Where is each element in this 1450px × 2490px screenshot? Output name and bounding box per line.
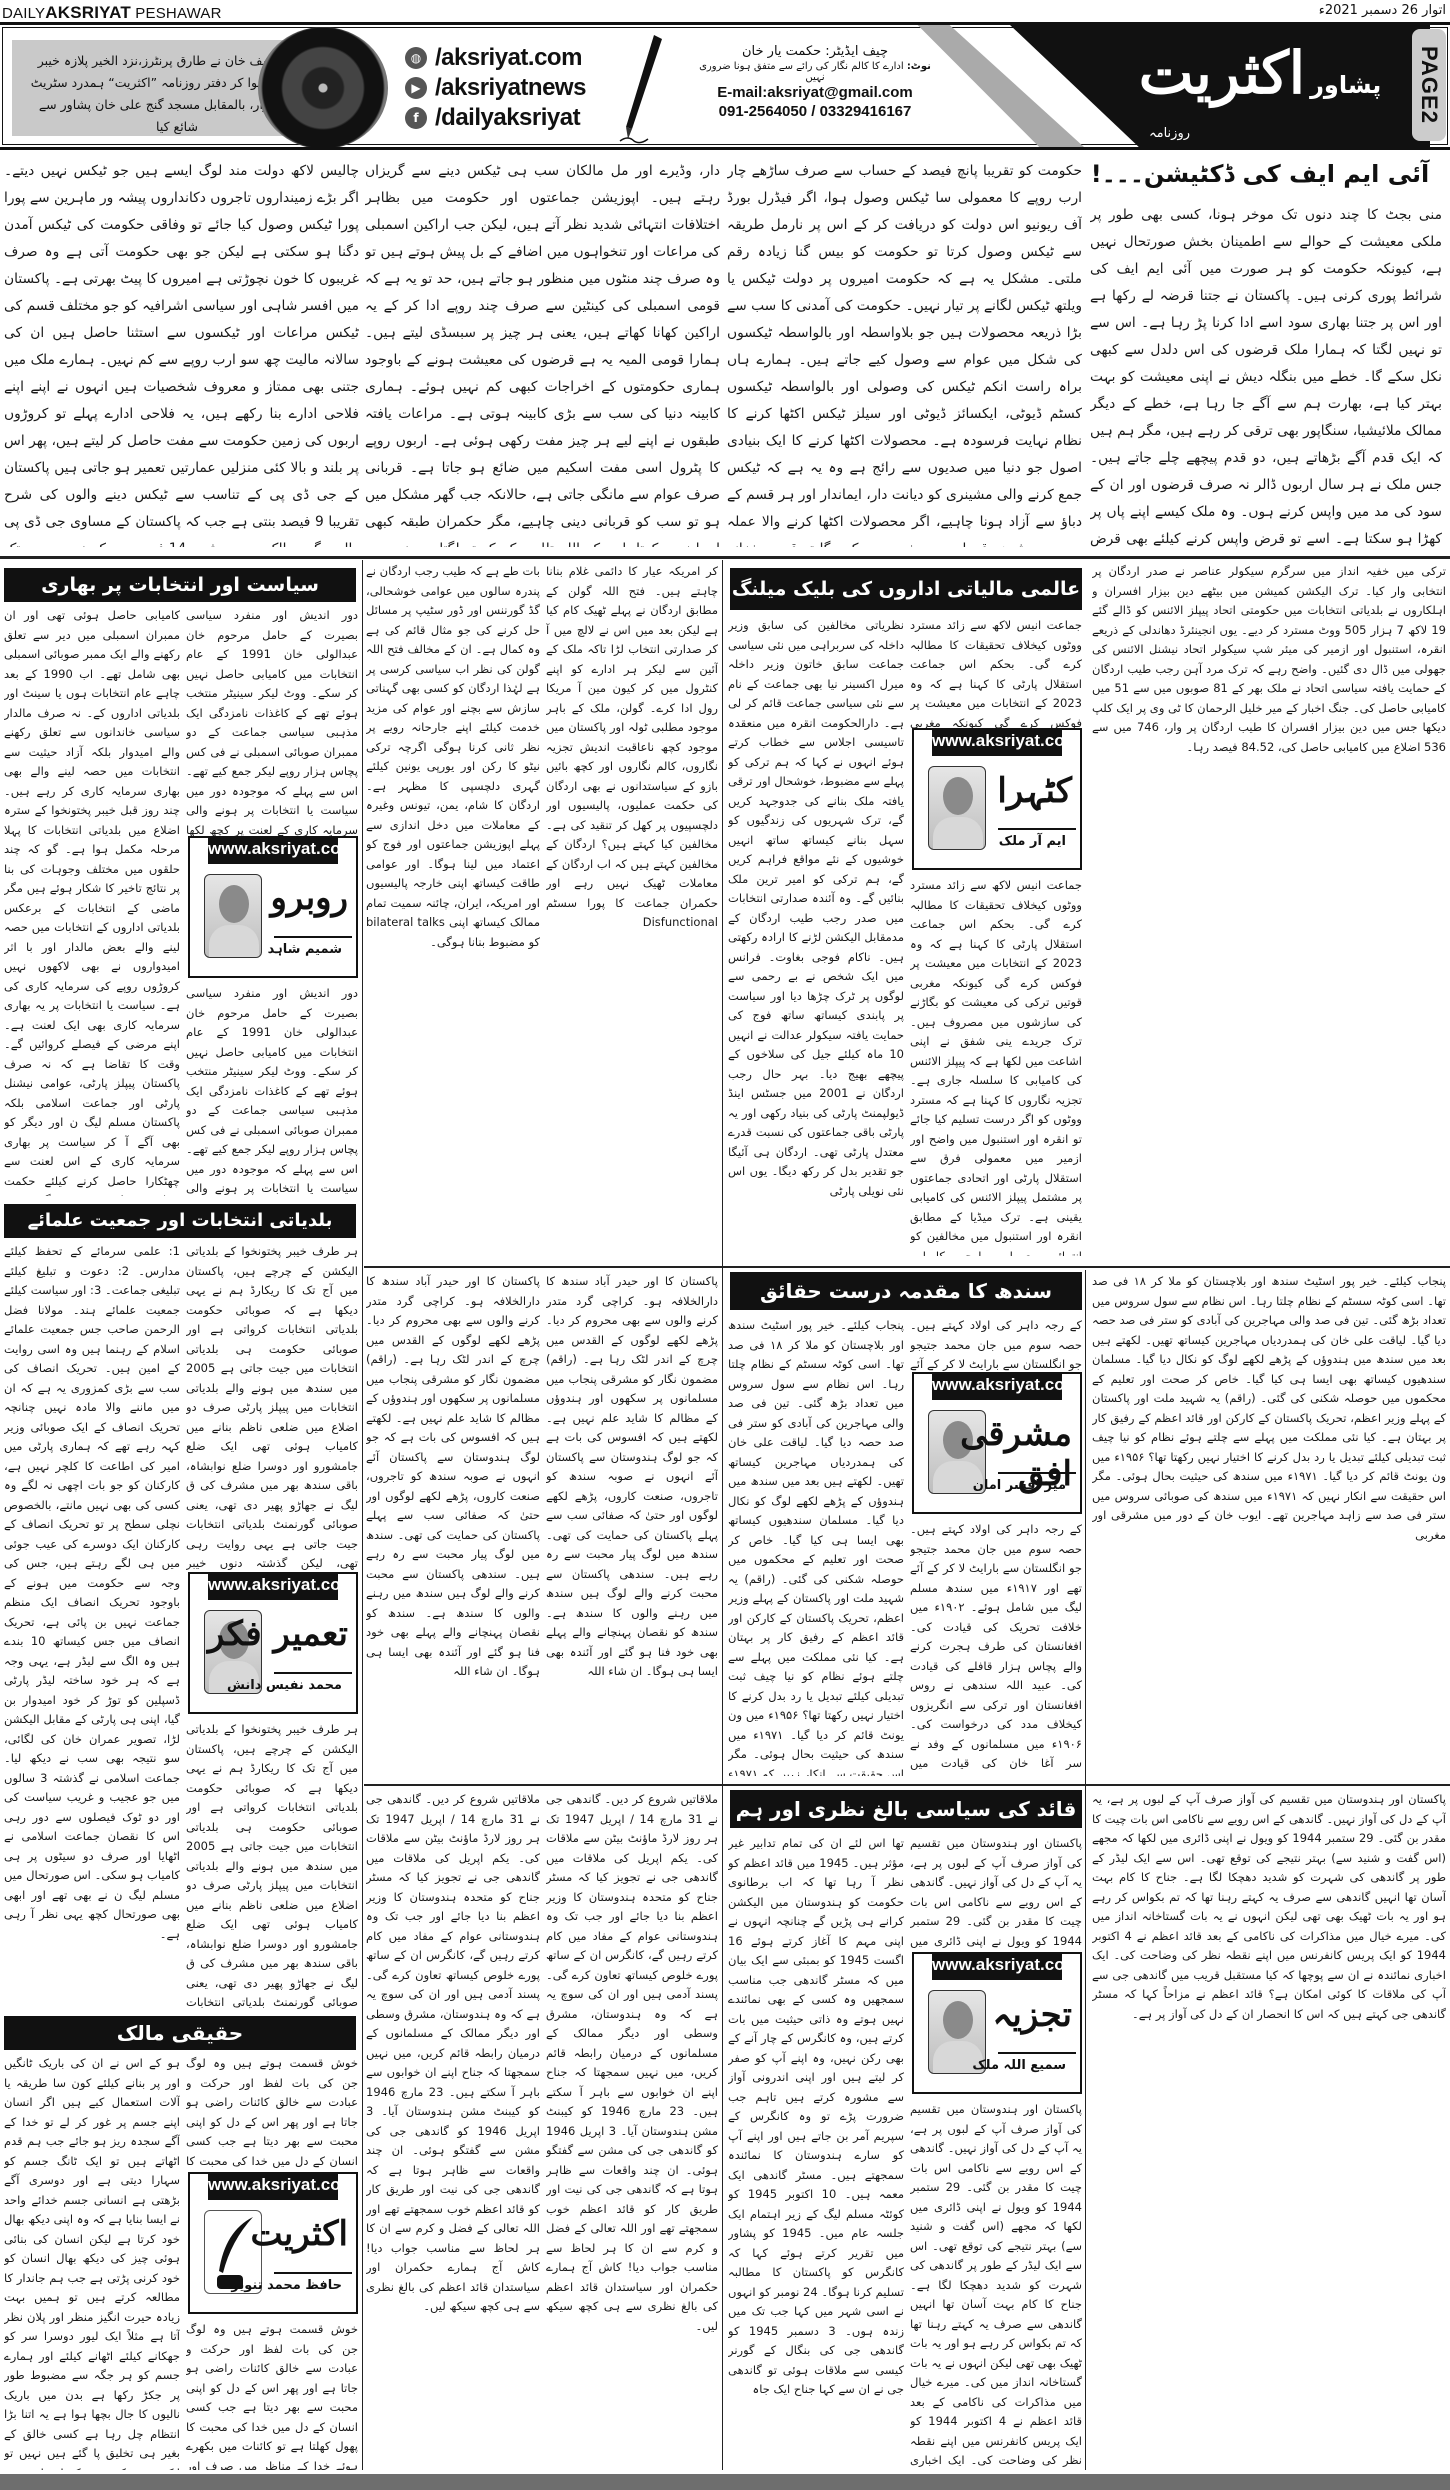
youtube-icon: ▶ <box>405 77 427 99</box>
sindh-col-b-top: کے رجہ داہر کی اولاد کہتے ہیں۔ حصہ سوم م… <box>910 1316 1082 1374</box>
social-facebook-text: /dailyaksriyat <box>435 104 580 132</box>
column-badge: www.aksriyat.com تعمیر فکر محمد نفیس دان… <box>188 1572 358 1714</box>
baldiyati-col-b: 1: علمی سرمائے کے تحفظ کیلئے مدارس۔ 2: د… <box>4 1242 180 2010</box>
column-name: اکثریت <box>250 2214 348 2254</box>
column-name: تعمیر فکر <box>208 1614 348 1654</box>
quaid-col-c2: ملاقاتیں شروع کر دیں۔ گاندھی جی نے 31 ما… <box>546 1790 718 2470</box>
erdogan-col-b-top: جماعت انیس لاکھ سے زائد مسترد ووٹوں کیخل… <box>910 616 1082 731</box>
siyasat-col-a-bottom: دور اندیش اور منفرد سیاسی بصیرت کے حامل … <box>186 984 358 1196</box>
chief-editor: چیف ایڈیٹر: حکمت یار خان <box>690 43 940 61</box>
page-number-tab: PAGE2 <box>1412 29 1446 141</box>
masthead: پبلشر یوسف خان نے طارق پرنٹرز،نزد الخیر … <box>0 22 1450 150</box>
editorial-col-3: دار، وڈیرے اور مل مالکان سب ہی ٹیکس دینے… <box>365 158 720 547</box>
editorial-col-4: چالیس لاکھ دولت مند لوگ ایسے ہیں جو ٹیکس… <box>4 158 359 547</box>
column-name: روبرو <box>271 878 348 918</box>
article-headline: سیاست اور انتخابات پر بھاری سرمایہ کاری <box>4 568 356 602</box>
paper-name: AKSRIYAT <box>45 3 131 22</box>
erdogan2-col-b: کر امریکہ عیار کا دائمی غلام بنانا چاہتے… <box>546 562 718 1262</box>
logo-prefix: روزنامہ <box>1149 126 1190 141</box>
badge-url[interactable]: www.aksriyat.com <box>932 728 1062 756</box>
baldiyati-col-a-bottom: ہر طرف خیبر پختونخوا کے بلدیاتی الیکشن ک… <box>186 1720 358 2010</box>
author-photo <box>928 766 986 850</box>
column-badge: www.aksriyat.com اکثریت حافظ محمد تنویر <box>188 2172 358 2314</box>
sindh-col-right: پنجاب کیلئے۔ خیر پور اسٹیٹ سندھ اور بلاچ… <box>1092 1272 1446 1780</box>
siyasat-col-b: کامیابی حاصل ہوئی تھی اور ان ممبران اسمب… <box>4 606 180 1196</box>
social-youtube[interactable]: ▶ /aksriyatnews <box>405 73 605 103</box>
siyasat-col-a-top: دور اندیش اور منفرد سیاسی بصیرت کے حامل … <box>186 606 358 838</box>
footer-bar <box>0 2474 1450 2490</box>
erdogan2-col-a: بات طے ہے کہ طیب رجب اردگان نے پندرہ سال… <box>366 562 540 1262</box>
column-rule <box>722 560 723 2470</box>
logo-title: اکثریت <box>1139 39 1305 107</box>
article-headline: سندھ کا مقدمہ درست حقائق <box>730 1272 1082 1310</box>
quaid-col-b-bottom: پاکستان اور ہندوستان میں تقسیم کی آواز ص… <box>910 2100 1082 2470</box>
author-photo <box>204 874 262 958</box>
column-name: کٹہرا <box>997 770 1072 811</box>
column-rule <box>1085 1270 1086 2470</box>
haqiqi-col-a-bottom: خوش قسمت ہوتے ہیں وہ لوگ جن کی بات لفظ ا… <box>186 2320 358 2470</box>
column-name: تجزیہ <box>992 1994 1072 2035</box>
column-badge: www.aksriyat.com روبرو شمیم شاہد <box>188 836 358 978</box>
facebook-icon: f <box>405 107 427 129</box>
author-name: حافظ محمد تنویر <box>231 2278 342 2293</box>
article-headline: حقیقی مالک <box>4 2016 356 2050</box>
column-badge: www.aksriyat.com کٹہرا ایم آر ملک <box>912 728 1082 870</box>
section-divider <box>0 556 1450 559</box>
section-divider <box>364 1266 1450 1268</box>
quaid-col-b-top: پاکستان اور ہندوستان میں تقسیم کی آواز ص… <box>910 1834 1082 1949</box>
quaid-col-right: پاکستان اور ہندوستان میں تقسیم کی آواز ص… <box>1092 1790 1446 2470</box>
disclaimer: نوٹ: ادارے کا کالم نگار کی رائے سے متفق … <box>690 61 940 83</box>
article-headline: عالمی مالیاتی اداروں کی بلیک میلنگ سے طی… <box>730 568 1082 610</box>
badge-url[interactable]: www.aksriyat.com <box>208 836 338 864</box>
social-facebook[interactable]: f /dailyaksriyat <box>405 103 605 133</box>
author-name: میر افسر امان <box>973 1478 1066 1493</box>
erdogan-col-c: نظریاتی مخالفین کی سابق وزیر داخلہ کی سر… <box>728 616 904 1256</box>
sindh-col-c1: پاکستان کا اور حیدر آباد سندھ کا دارالخل… <box>366 1272 540 1780</box>
column-badge: www.aksriyat.com مشرقی افق میر افسر امان <box>912 1372 1082 1514</box>
column-rule <box>362 560 363 2470</box>
top-strip: DAILYAKSRIYAT PESHAWAR اتوار 26 دسمبر 20… <box>0 0 1450 22</box>
author-name: ایم آر ملک <box>999 834 1066 849</box>
paper-city: PESHAWAR <box>135 5 221 22</box>
sindh-col-a: پنجاب کیلئے۔ خیر پور اسٹیٹ سندھ اور بلاچ… <box>728 1316 904 1776</box>
sindh-col-c2: پاکستان کا اور حیدر آباد سندھ کا دارالخل… <box>546 1272 718 1780</box>
social-website[interactable]: ◍ /aksriyat.com <box>405 43 605 73</box>
social-youtube-text: /aksriyatnews <box>435 74 586 102</box>
badge-url[interactable]: www.aksriyat.com <box>208 1572 338 1600</box>
badge-url[interactable]: www.aksriyat.com <box>208 2172 338 2200</box>
editor-info: چیف ایڈیٹر: حکمت یار خان نوٹ: ادارے کا ک… <box>690 43 940 121</box>
section-divider <box>364 1784 1450 1786</box>
fountain-pen-icon <box>610 33 670 148</box>
editorial-col-2: حکومت کو تقریبا پانچ فیصد کے حساب سے صرف… <box>727 158 1082 547</box>
vinyl-disc-graphic <box>258 27 388 149</box>
social-website-text: /aksriyat.com <box>435 44 582 72</box>
phone: 091-2564050 / 03329416167 <box>690 102 940 121</box>
newspaper-logo: پشاور اکثریت روزنامہ <box>1130 33 1390 143</box>
globe-icon: ◍ <box>405 47 427 69</box>
quaid-col-c1: ملاقاتیں شروع کر دیں۔ گاندھی جی نے 31 ما… <box>366 1790 540 2470</box>
quaid-col-a: تھا اس لئے ان کی تمام تدابیر غیر مؤثر ہی… <box>728 1834 904 2470</box>
author-name: محمد نفیس دانش <box>227 1678 342 1693</box>
author-name: شمیم شاہد <box>268 942 342 957</box>
column-badge: www.aksriyat.com تجزیہ سمیع اللہ ملک <box>912 1952 1082 2094</box>
logo-city: پشاور <box>1310 71 1381 99</box>
social-links: ◍ /aksriyat.com ▶ /aksriyatnews f /daily… <box>405 43 605 133</box>
email[interactable]: E-mail:aksriyat@gmail.com <box>690 83 940 102</box>
paper-identity: DAILYAKSRIYAT PESHAWAR <box>2 3 222 23</box>
article-headline: بلدیاتی انتخابات اور جمعیت علمائے اسلام … <box>4 1204 356 1238</box>
paper-prefix: DAILY <box>2 5 45 22</box>
sindh-col-b-bottom: کے رجہ داہر کی اولاد کہتے ہیں۔ حصہ سوم م… <box>910 1520 1082 1775</box>
issue-date: اتوار 26 دسمبر 2021ء <box>1319 3 1446 18</box>
baldiyati-col-a-top: ہر طرف خیبر پختونخوا کے بلدیاتی الیکشن ک… <box>186 1242 358 1572</box>
haqiqi-col-a-top: خوش قسمت ہوتے ہیں وہ لوگ جن کی بات لفظ ا… <box>186 2054 358 2172</box>
editorial-title: آئی ایم ایف کی ڈکٹیشن۔۔۔! <box>1080 160 1440 188</box>
badge-url[interactable]: www.aksriyat.com <box>932 1952 1062 1980</box>
erdogan-col-b-bottom: جماعت انیس لاکھ سے زائد مسترد ووٹوں کیخل… <box>910 876 1082 1256</box>
erdogan-col-right: ترکی میں خفیہ انداز میں سرگرم سیکولر عنا… <box>1092 562 1446 1262</box>
article-headline: قائد کی سیاسی بالغ نظری اور ہم <box>730 1790 1082 1828</box>
author-name: سمیع اللہ ملک <box>972 2058 1066 2073</box>
haqiqi-col-b: ہو کے اس نے ان کی باریک ٹانگیں اور پر بن… <box>4 2054 180 2470</box>
editorial-col-1: منی بجٹ کا چند دنوں تک موخر ہونا، کسی بھ… <box>1090 202 1442 547</box>
badge-url[interactable]: www.aksriyat.com <box>932 1372 1062 1400</box>
